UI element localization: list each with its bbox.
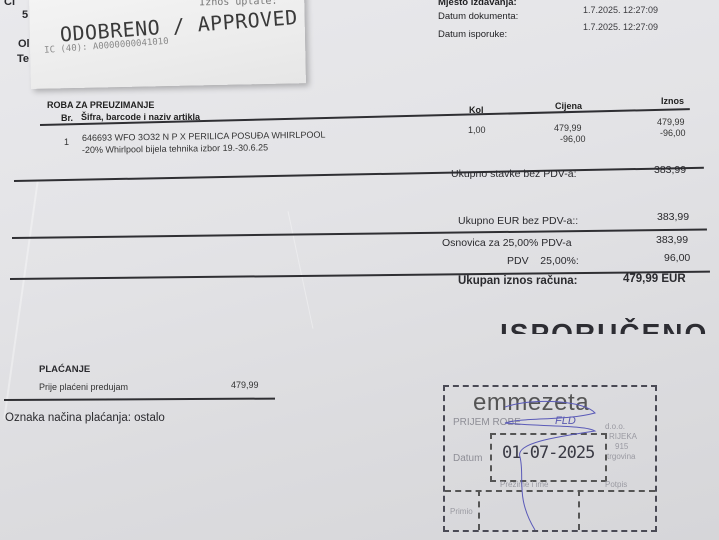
payment-rule: [4, 398, 275, 401]
row-amount-discount: -96,00: [660, 128, 686, 138]
goods-receipt-stamp: emmezeta PRIJEM ROBE FLD d.o.o. RIJEKA 9…: [443, 385, 657, 532]
paper-crease: [288, 211, 314, 329]
row-article: 646693 WFO 3O32 N P X PERILICA POSUĐA WH…: [82, 130, 326, 143]
col-price: Cijena: [555, 101, 582, 111]
doc-date-label: Datum dokumenta:: [438, 11, 518, 22]
section-title: ROBA ZA PREUZIMANJE: [47, 100, 154, 110]
items-no-vat-value: 383,99: [654, 164, 686, 176]
approval-status: ODOBRENO / APPROVED: [59, 5, 298, 46]
place-label: Mjesto izdavanja:: [438, 0, 517, 8]
header-left-partial: Te: [17, 53, 29, 65]
paper-crease: [3, 181, 38, 419]
payment-title: PLAĆANJE: [39, 364, 90, 375]
header-left-partial: Ol: [18, 38, 30, 50]
doc-date-value: 1.7.2025. 12:27:09: [583, 5, 658, 15]
grand-total-label: Ukupan iznos računa:: [458, 275, 578, 287]
eur-no-vat-label: Ukupno EUR bez PDV-a::: [458, 215, 578, 227]
row-price-discount: -96,00: [560, 134, 586, 144]
card-receipt-slip: Iznos uplate: ODOBRENO / APPROVED IC (40…: [29, 0, 306, 89]
items-no-vat-label: Ukupno stavke bez PDV-a:: [451, 168, 576, 180]
prepaid-value: 479,99: [231, 380, 259, 390]
delivered-stamp: ISPORUČENO: [500, 316, 715, 334]
eur-no-vat-value: 383,99: [657, 211, 689, 223]
subtotal-rule: [12, 229, 707, 239]
vat-label: PDV 25,00%:: [507, 255, 579, 267]
header-left-partial: Cl: [4, 0, 15, 8]
row-no: 1: [64, 137, 69, 147]
payment-method: Oznaka načina plaćanja: ostalo: [5, 412, 165, 424]
grand-total-value: 479,99 EUR: [623, 273, 686, 285]
delivery-date-value: 1.7.2025. 12:27:09: [583, 22, 658, 32]
vat-base-value: 383,99: [656, 234, 688, 246]
col-amount: Iznos: [661, 96, 684, 106]
row-price: 479,99: [554, 123, 582, 133]
row-amount: 479,99: [657, 117, 685, 127]
prepaid-label: Prije plaćeni predujam: [39, 382, 128, 392]
row-qty: 1,00: [468, 125, 486, 135]
grand-total-rule: [10, 271, 710, 280]
col-no: Br.: [61, 113, 73, 123]
vat-value: 96,00: [664, 252, 690, 264]
header-left-partial: 5: [22, 9, 28, 21]
delivery-date-label: Datum isporuke:: [438, 29, 507, 40]
vat-base-label: Osnovica za 25,00% PDV-a: [442, 237, 572, 249]
row-discount-note: -20% Whirlpool bijela tehnika izbor 19.-…: [82, 142, 268, 155]
totals-rule: [14, 167, 704, 182]
delivered-stamp-text: ISPORUČENO: [500, 318, 708, 334]
signature-scribble: [445, 387, 655, 530]
